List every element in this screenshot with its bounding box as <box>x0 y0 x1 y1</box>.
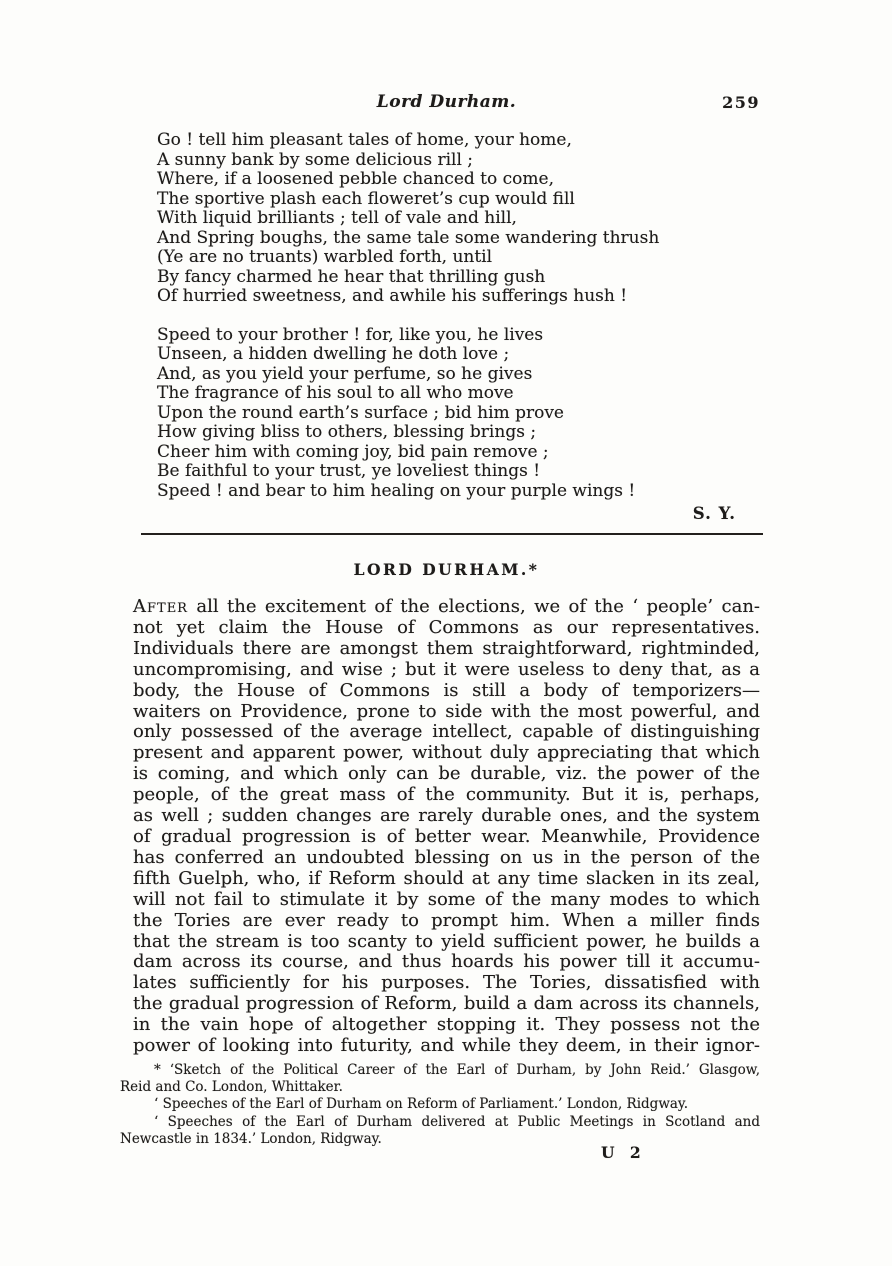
prose-line: waiters on Providence, prone to side wit… <box>133 702 760 723</box>
prose-line: of gradual progression is of better wear… <box>133 827 760 848</box>
lead-word: After <box>133 596 188 617</box>
poem-line: (Ye are no truants) warbled forth, until <box>157 248 760 268</box>
prose-line: only possessed of the average intellect,… <box>133 722 760 743</box>
prose-line-rest: all the excitement of the elections, we … <box>188 596 760 617</box>
text-block: Lord Durham. 259 Go ! tell him pleasant … <box>133 0 760 1148</box>
poem-line: How giving bliss to others, blessing bri… <box>157 423 760 443</box>
prose-line: present and apparent power, without duly… <box>133 743 760 764</box>
prose-line: in the vain hope of altogether stopping … <box>133 1015 760 1036</box>
poem-line: The sportive plash each floweret’s cup w… <box>157 190 760 210</box>
footnote-line: * ‘Sketch of the Political Career of the… <box>120 1062 760 1079</box>
prose-line: After all the excitement of the election… <box>133 597 760 618</box>
prose-line: is coming, and which only can be durable… <box>133 764 760 785</box>
footnotes: * ‘Sketch of the Political Career of the… <box>120 1062 760 1148</box>
prose-line: the gradual progression of Reform, build… <box>133 994 760 1015</box>
prose-line: uncompromising, and wise ; but it were u… <box>133 660 760 681</box>
footnote-line: ‘ Speeches of the Earl of Durham on Refo… <box>120 1096 760 1113</box>
poem: Go ! tell him pleasant tales of home, yo… <box>157 131 760 525</box>
footnote-line: Reid and Co. London, Whittaker. <box>120 1079 760 1096</box>
poem-stanza-2: Speed to your brother ! for, like you, h… <box>157 326 760 502</box>
poem-author-initials: S. Y. <box>157 503 736 525</box>
poem-line: Go ! tell him pleasant tales of home, yo… <box>157 131 760 151</box>
poem-line: With liquid brilliants ; tell of vale an… <box>157 209 760 229</box>
poem-line: A sunny bank by some delicious rill ; <box>157 151 760 171</box>
poem-line: The fragrance of his soul to all who mov… <box>157 384 760 404</box>
prose-line: has conferred an undoubted blessing on u… <box>133 848 760 869</box>
poem-line: Where, if a loosened pebble chanced to c… <box>157 170 760 190</box>
prose-line: as well ; sudden changes are rarely dura… <box>133 806 760 827</box>
prose-line: not yet claim the House of Commons as ou… <box>133 618 760 639</box>
prose-line: power of looking into futurity, and whil… <box>133 1036 760 1057</box>
section-divider <box>141 533 763 535</box>
prose-line: the Tories are ever ready to prompt him.… <box>133 911 760 932</box>
poem-line: Speed to your brother ! for, like you, h… <box>157 326 760 346</box>
prose-line: lates sufficiently for his purposes. The… <box>133 973 760 994</box>
article-heading: LORD DURHAM.* <box>133 560 760 580</box>
prose-line: body, the House of Commons is still a bo… <box>133 681 760 702</box>
running-title: Lord Durham. <box>377 92 516 112</box>
footnote-line: Newcastle in 1834.’ London, Ridgway. <box>120 1131 760 1148</box>
prose-line: fifth Guelph, who, if Reform should at a… <box>133 869 760 890</box>
poem-stanza-1: Go ! tell him pleasant tales of home, yo… <box>157 131 760 307</box>
poem-line: By fancy charmed he hear that thrilling … <box>157 268 760 288</box>
poem-line: Upon the round earth’s surface ; bid him… <box>157 404 760 424</box>
poem-line: Unseen, a hidden dwelling he doth love ; <box>157 345 760 365</box>
poem-line: And, as you yield your perfume, so he gi… <box>157 365 760 385</box>
running-header: Lord Durham. 259 <box>133 92 760 116</box>
book-page: Lord Durham. 259 Go ! tell him pleasant … <box>0 0 892 1266</box>
prose-line: dam across its course, and thus hoards h… <box>133 952 760 973</box>
poem-line: Be faithful to your trust, ye loveliest … <box>157 462 760 482</box>
prose-line: will not fail to stimulate it by some of… <box>133 890 760 911</box>
poem-line: Speed ! and bear to him healing on your … <box>157 482 760 502</box>
prose-line: people, of the great mass of the communi… <box>133 785 760 806</box>
footnote-line: ‘ Speeches of the Earl of Durham deliver… <box>120 1114 760 1131</box>
poem-line: Of hurried sweetness, and awhile his suf… <box>157 287 760 307</box>
poem-line: And Spring boughs, the same tale some wa… <box>157 229 760 249</box>
prose-line: Individuals there are amongst them strai… <box>133 639 760 660</box>
printers-signature-mark: U 2 <box>601 1143 646 1162</box>
poem-line: Cheer him with coming joy, bid pain remo… <box>157 443 760 463</box>
page-number: 259 <box>722 93 760 112</box>
article-body: After all the excitement of the election… <box>133 597 760 1057</box>
prose-line: that the stream is too scanty to yield s… <box>133 932 760 953</box>
